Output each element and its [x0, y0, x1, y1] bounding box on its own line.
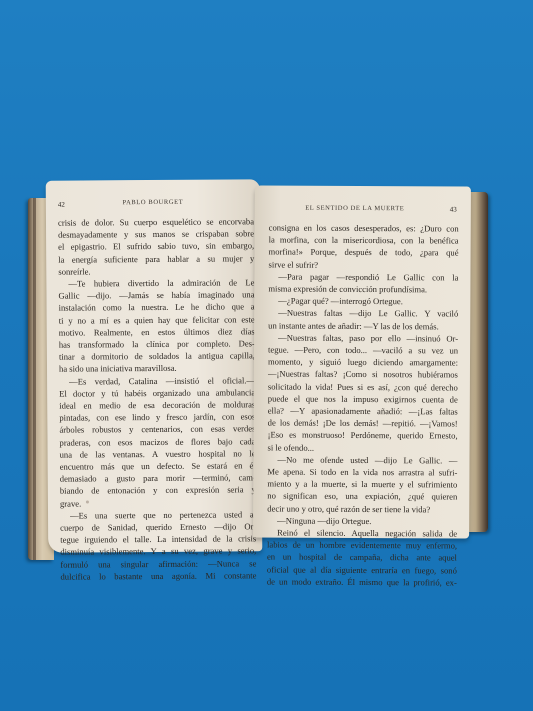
- text-line: sirve el sufrir?: [268, 258, 458, 271]
- page-number-right: 43: [450, 205, 457, 213]
- text-line: ella? —Y apasionadamente añadió: —¡Las f…: [268, 405, 458, 418]
- text-line: dulcifica lo bastante una agonía. Mi con…: [60, 569, 256, 583]
- left-page-body: crisis de dolor. Su cuerpo esquelético s…: [58, 215, 257, 582]
- text-line: si le ofendo...: [268, 441, 458, 454]
- text-line: —¡Nuestras faltas? ¡Como si nosotros hub…: [268, 368, 458, 381]
- text-line: la morfina, con la misericordiosa, con l…: [269, 234, 459, 247]
- text-line: —Para pagar —respondió Le Gallic con la: [268, 270, 458, 283]
- text-line: tinar a dormitorio de soldados la antigu…: [59, 350, 255, 364]
- running-head-right: EL SENTIDO DE LA MUERTE: [269, 205, 441, 213]
- text-line: solicitado la vida! Pues si es así, ¿con…: [268, 380, 458, 393]
- left-page: 42 PABLO BOURGET crisis de dolor. Su cue…: [46, 179, 263, 552]
- text-line: —Ninguna —dijo Ortegue.: [267, 514, 457, 527]
- paper-stain: [86, 500, 89, 503]
- text-line: —Nuestras faltas, paso por ello —insinuó…: [268, 331, 458, 344]
- text-line: —Es verdad, Catalina —insistió el oficia…: [59, 374, 255, 388]
- text-line: consigna en los casos desesperados, es: …: [269, 222, 459, 235]
- text-line: el epigastrio. El sufrido sabio tuvo, si…: [58, 240, 254, 254]
- text-line: momento, y siguió luego diciendo amargam…: [268, 356, 458, 369]
- text-line: árboles robustos y centenarios, con esas…: [59, 423, 255, 437]
- text-line: morfina!» Porque, después de todo, ¿para…: [269, 246, 459, 259]
- text-line: disminuía visiblemente. Y a su vez, grav…: [60, 545, 256, 559]
- text-line: Me apena. Si todo en la vida nos arrastr…: [267, 466, 457, 479]
- text-line: biando de entonación y con expresión ser…: [60, 484, 256, 498]
- right-page: EL SENTIDO DE LA MUERTE 43 consigna en l…: [253, 185, 471, 538]
- text-line: miento y a la muerte, si la muerte y el …: [267, 478, 457, 491]
- text-line: un instante antes de añadir: —Y las de l…: [268, 319, 458, 332]
- text-line: ¡Eso es monstruoso! Perdóneme, querido E…: [268, 429, 458, 442]
- text-line: instalación como la nuestra. Le he dicho…: [59, 301, 255, 315]
- text-line: puede el que nos la impuso exigirnos cue…: [268, 392, 458, 405]
- photo-scene: 42 PABLO BOURGET crisis de dolor. Su cue…: [0, 0, 533, 711]
- text-line: no significan eso, una expiación, ¿qué q…: [267, 490, 457, 503]
- text-line: ti y no a mí es a quien hay que felicita…: [59, 313, 255, 327]
- text-line: misma expresión de convicción profundísi…: [268, 283, 458, 296]
- text-line: —¿Pagar qué? —interrogó Ortegue.: [268, 295, 458, 308]
- text-line: en un hospital de campaña, dicha ante aq…: [267, 551, 457, 564]
- text-line: tegue. —Pero, con todo... —vaciló a su v…: [268, 344, 458, 357]
- text-line: de un modo extraño. Él mismo que la prof…: [267, 575, 457, 588]
- text-line: decir uno y otro, qué razón de ser tiene…: [267, 502, 457, 515]
- text-line: la energía suficiente para hablar a su m…: [58, 252, 254, 266]
- text-line: Reinó el silencio. Aquella negación sali…: [267, 527, 457, 540]
- text-line: de los demás! ¡De los demás! —repitió. —…: [268, 417, 458, 430]
- text-line: —Nuestras faltas —dijo Le Gallic. Y vaci…: [268, 307, 458, 320]
- paper-stain: [230, 489, 233, 492]
- text-line: —No me ofende usted —dijo Le Gallic. —: [267, 453, 457, 466]
- right-page-body: consigna en los casos desesperados, es: …: [267, 222, 459, 589]
- text-line: oficial que al día siguiente entraría en…: [267, 563, 457, 576]
- running-head-left: PABLO BOURGET: [46, 198, 260, 206]
- text-line: labios de un hombre evidentemente muy en…: [267, 539, 457, 552]
